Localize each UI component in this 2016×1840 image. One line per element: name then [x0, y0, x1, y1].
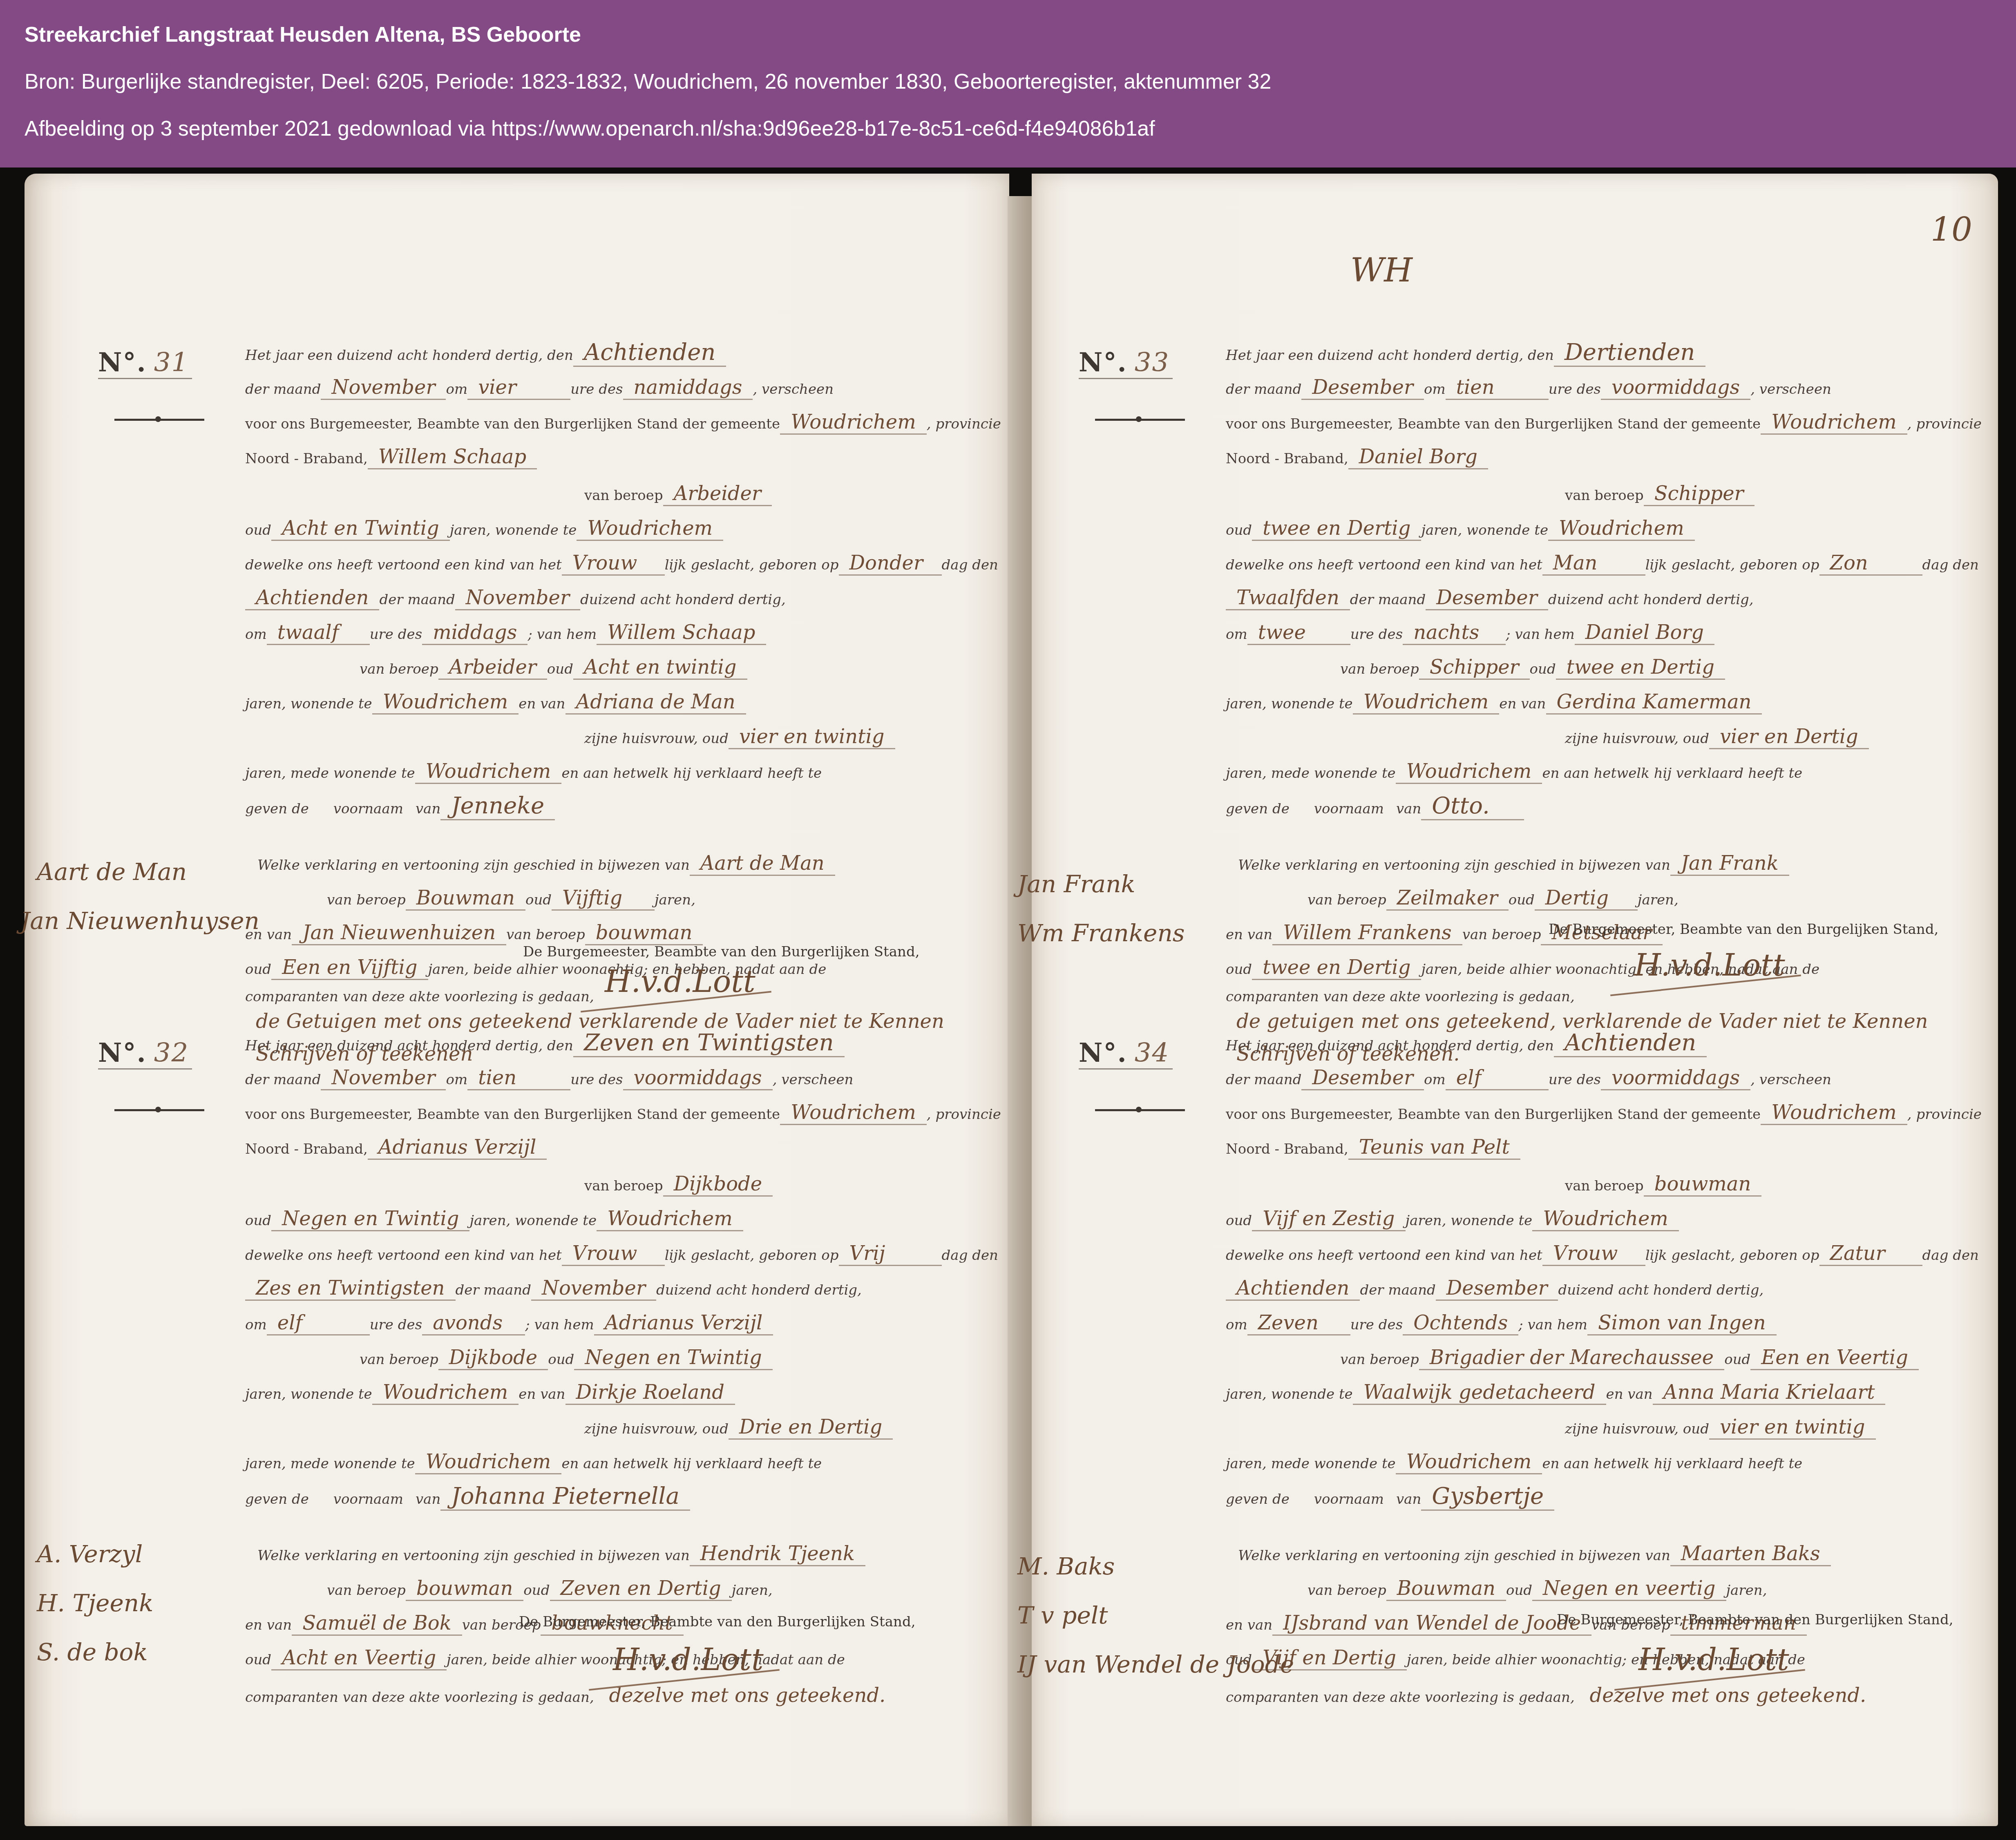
form-line-mother: jaren, wonende teWoudrichemen vanAdriana… — [245, 690, 1009, 727]
divider — [98, 1068, 192, 1070]
banner-source: Bron: Burgerlijke standregister, Deel: 6… — [25, 69, 1271, 94]
official-caption: De Burgemeester, Beambte van den Burgeli… — [1549, 921, 1938, 938]
divider — [98, 378, 192, 379]
witness-signature: Jan Frank — [1017, 870, 1135, 898]
folio-number: 10 — [1931, 210, 1972, 248]
form-line-child-sex: dewelke ons heeft vertoond een kind van … — [245, 552, 1009, 588]
official-caption: De Burgemeester, Beambte van den Burgerl… — [523, 944, 920, 960]
official-caption: De Burgemeester, Beambte van den Burgerl… — [1557, 1612, 1953, 1628]
form-line-time: der maandDesemberomtienure desvoormiddag… — [1226, 376, 1990, 413]
form-line-father-occupation: van beroepSchipperoudtwee en Dertig — [1226, 656, 2016, 692]
form-line-witness1-details: van beroepBouwmanoudVijftigjaren, — [245, 887, 1091, 923]
form-line-municipality: voor ons Burgemeester, Beambte van den B… — [245, 1101, 1009, 1138]
form-line-mother-residence: jaren, mede wonende teWoudrichemen aan h… — [1226, 760, 1990, 797]
form-line-mother-age: zijne huisvrouw, oudvier en twintig — [1226, 1416, 2016, 1452]
form-line-age: oudNegen en Twintigjaren, wonende teWoud… — [245, 1207, 1009, 1244]
mayor-signature: H.v.d.Lott — [1638, 1642, 1789, 1677]
form-line-date: Het jaar een duizend acht honderd dertig… — [1226, 1029, 1990, 1066]
archive-image: Streekarchief Langstraat Heusden Altena,… — [0, 0, 2016, 1840]
form-line-witness1: Welke verklaring en vertooning zijn gesc… — [1226, 852, 2002, 889]
form-line-occupation: van beroepbouwman — [1226, 1172, 2016, 1209]
form-line-witness1-details: van beroepbouwmanoudZeven en Dertigjaren… — [245, 1577, 1091, 1614]
form-line-witness1-details: van beroepBouwmanoudNegen en veertigjare… — [1226, 1577, 2016, 1614]
form-line-mother: jaren, wonende teWoudrichemen vanDirkje … — [245, 1381, 1009, 1418]
form-line-birth-time: omtwaalfure desmiddags; van hemWillem Sc… — [245, 621, 1009, 658]
form-line-witness2-age: oudtwee en Dertigjaren, beide alhier woo… — [1226, 956, 1990, 993]
witness-signature: Aart de Man — [37, 858, 187, 886]
record-number: N°.31 — [98, 347, 189, 378]
form-line-father-occupation: van beroepBrigadier der MarechausseeoudE… — [1226, 1346, 2016, 1383]
form-line-date: Het jaar een duizend acht honderd dertig… — [245, 1029, 1009, 1066]
witness-signature: Jan Nieuwenhuysen — [20, 907, 259, 935]
ornament-divider — [114, 418, 204, 422]
record-number: N°.33 — [1079, 347, 1169, 378]
form-line-occupation: van beroepDijkbode — [245, 1172, 1348, 1209]
form-line-time: der maandNovemberomvierure desnamiddags,… — [245, 376, 1009, 413]
form-line-mother-residence: jaren, mede wonende teWoudrichemen aan h… — [245, 1450, 1009, 1487]
form-line-child-sex: dewelke ons heeft vertoond een kind van … — [1226, 552, 1990, 588]
form-line-declarant: Noord - Braband,Daniel Borg — [1226, 445, 1990, 482]
form-line-closing: comparanten van deze akte voorlezing is … — [1226, 1679, 1990, 1716]
form-line-closing: comparanten van deze akte voorlezing is … — [1226, 989, 1990, 1025]
witness-signature: T v pelt — [1017, 1601, 1108, 1629]
witness-signature: IJ van Wendel de Joode — [1017, 1650, 1294, 1678]
form-line-father-occupation: van beroepDijkbodeoudNegen en Twintig — [245, 1346, 1124, 1383]
banner-title: Streekarchief Langstraat Heusden Altena,… — [25, 22, 581, 47]
form-line-child-name: geven devoornaamvanJohanna Pieternella — [245, 1483, 1009, 1520]
form-line-witness1-details: van beroepZeilmakeroudDertigjaren, — [1226, 887, 2016, 923]
form-line-occupation: van beroepArbeider — [245, 482, 1348, 519]
form-line-birth-time: omtweeure desnachts; van hemDaniel Borg — [1226, 621, 1990, 658]
form-line-child-sex: dewelke ons heeft vertoond een kind van … — [1226, 1242, 1990, 1279]
official-caption: De Burgemeester, Beambte van den Burgerl… — [519, 1614, 916, 1630]
form-line-birth-date: Twaalfdender maandDesemberduizend acht h… — [1226, 586, 1990, 623]
archive-banner: Streekarchief Langstraat Heusden Altena,… — [0, 0, 2016, 167]
form-line-declarant: Noord - Braband,Willem Schaap — [245, 445, 1009, 482]
form-line-birth-date: Achtiendender maandNovemberduizend acht … — [245, 586, 1009, 623]
mayor-signature: H.v.d.Lott — [613, 1642, 764, 1677]
form-line-age: oudtwee en Dertigjaren, wonende teWoudri… — [1226, 517, 1990, 554]
form-line-birth-time: omelfure desavonds; van hemAdrianus Verz… — [245, 1311, 1009, 1348]
form-line-municipality: voor ons Burgemeester, Beambte van den B… — [1226, 1101, 1990, 1138]
form-line-time: der maandDesemberomelfure desvoormiddags… — [1226, 1066, 1990, 1103]
witness-signature: Wm Frankens — [1017, 919, 1185, 947]
form-line-age: oudVijf en Zestigjaren, wonende teWoudri… — [1226, 1207, 1990, 1244]
margin-mark: WH — [1350, 251, 1413, 289]
form-line-declarant: Noord - Braband,Teunis van Pelt — [1226, 1136, 1990, 1172]
witness-signature: M. Baks — [1017, 1552, 1115, 1580]
form-line-child-name: geven devoornaamvanJenneke — [245, 793, 1009, 829]
form-line-municipality: voor ons Burgemeester, Beambte van den B… — [245, 411, 1009, 447]
form-line-birth-date: Zes en Twintigstender maandNovemberduize… — [245, 1277, 1009, 1313]
form-line-mother: jaren, wonende teWoudrichemen vanGerdina… — [1226, 690, 1990, 727]
witness-signature: A. Verzyl — [37, 1540, 143, 1568]
form-line-birth-date: Achtiendender maandDesemberduizend acht … — [1226, 1277, 1990, 1313]
form-line-declarant: Noord - Braband,Adrianus Verzijl — [245, 1136, 1009, 1172]
form-line-birth-time: omZevenure desOchtends; van hemSimon van… — [1226, 1311, 1990, 1348]
form-line-witness1: Welke verklaring en vertooning zijn gesc… — [245, 852, 1021, 889]
form-line-child-name: geven devoornaamvanOtto. — [1226, 793, 1990, 829]
form-line-age: oudAcht en Twintigjaren, wonende teWoudr… — [245, 517, 1009, 554]
form-line-closing: comparanten van deze akte voorlezing is … — [245, 1679, 1009, 1716]
form-line-father-occupation: van beroepArbeideroudAcht en twintig — [245, 656, 1124, 692]
mayor-signature: H.v.d.Lott — [605, 964, 755, 999]
form-line-date: Het jaar een duizend acht honderd dertig… — [1226, 339, 1990, 376]
witness-signature: S. de bok — [37, 1638, 148, 1666]
form-line-occupation: van beroepSchipper — [1226, 482, 2016, 519]
form-line-child-name: geven devoornaamvanGysbertje — [1226, 1483, 1990, 1520]
form-line-witness1: Welke verklaring en vertooning zijn gesc… — [1226, 1542, 2002, 1579]
form-line-witness2-age: oudVijf en Dertigjaren, beide alhier woo… — [1226, 1646, 1990, 1683]
form-line-date: Het jaar een duizend acht honderd dertig… — [245, 339, 1009, 376]
form-line-mother-age: zijne huisvrouw, oudvier en Dertig — [1226, 725, 2016, 762]
divider — [1079, 378, 1173, 379]
ornament-divider — [1095, 418, 1185, 422]
ornament-divider — [1095, 1108, 1185, 1112]
form-line-mother: jaren, wonende teWaalwijk gedetacheerden… — [1226, 1381, 1990, 1418]
form-line-mother-residence: jaren, mede wonende teWoudrichemen aan h… — [1226, 1450, 1990, 1487]
record-number: N°.32 — [98, 1038, 189, 1068]
form-line-municipality: voor ons Burgemeester, Beambte van den B… — [1226, 411, 1990, 447]
ornament-divider — [114, 1108, 204, 1112]
record-number: N°.34 — [1079, 1038, 1169, 1068]
form-line-mother-residence: jaren, mede wonende teWoudrichemen aan h… — [245, 760, 1009, 797]
form-line-mother-age: zijne huisvrouw, oudvier en twintig — [245, 725, 1348, 762]
mayor-signature: H.v.d.Lott — [1634, 948, 1785, 983]
divider — [1079, 1068, 1173, 1070]
form-line-witness1: Welke verklaring en vertooning zijn gesc… — [245, 1542, 1021, 1579]
form-line-mother-age: zijne huisvrouw, oudDrie en Dertig — [245, 1416, 1348, 1452]
banner-download-info: Afbeelding op 3 september 2021 gedownloa… — [25, 116, 1155, 141]
form-line-time: der maandNovemberomtienure desvoormiddag… — [245, 1066, 1009, 1103]
form-line-child-sex: dewelke ons heeft vertoond een kind van … — [245, 1242, 1009, 1279]
witness-signature: H. Tjeenk — [37, 1589, 153, 1617]
